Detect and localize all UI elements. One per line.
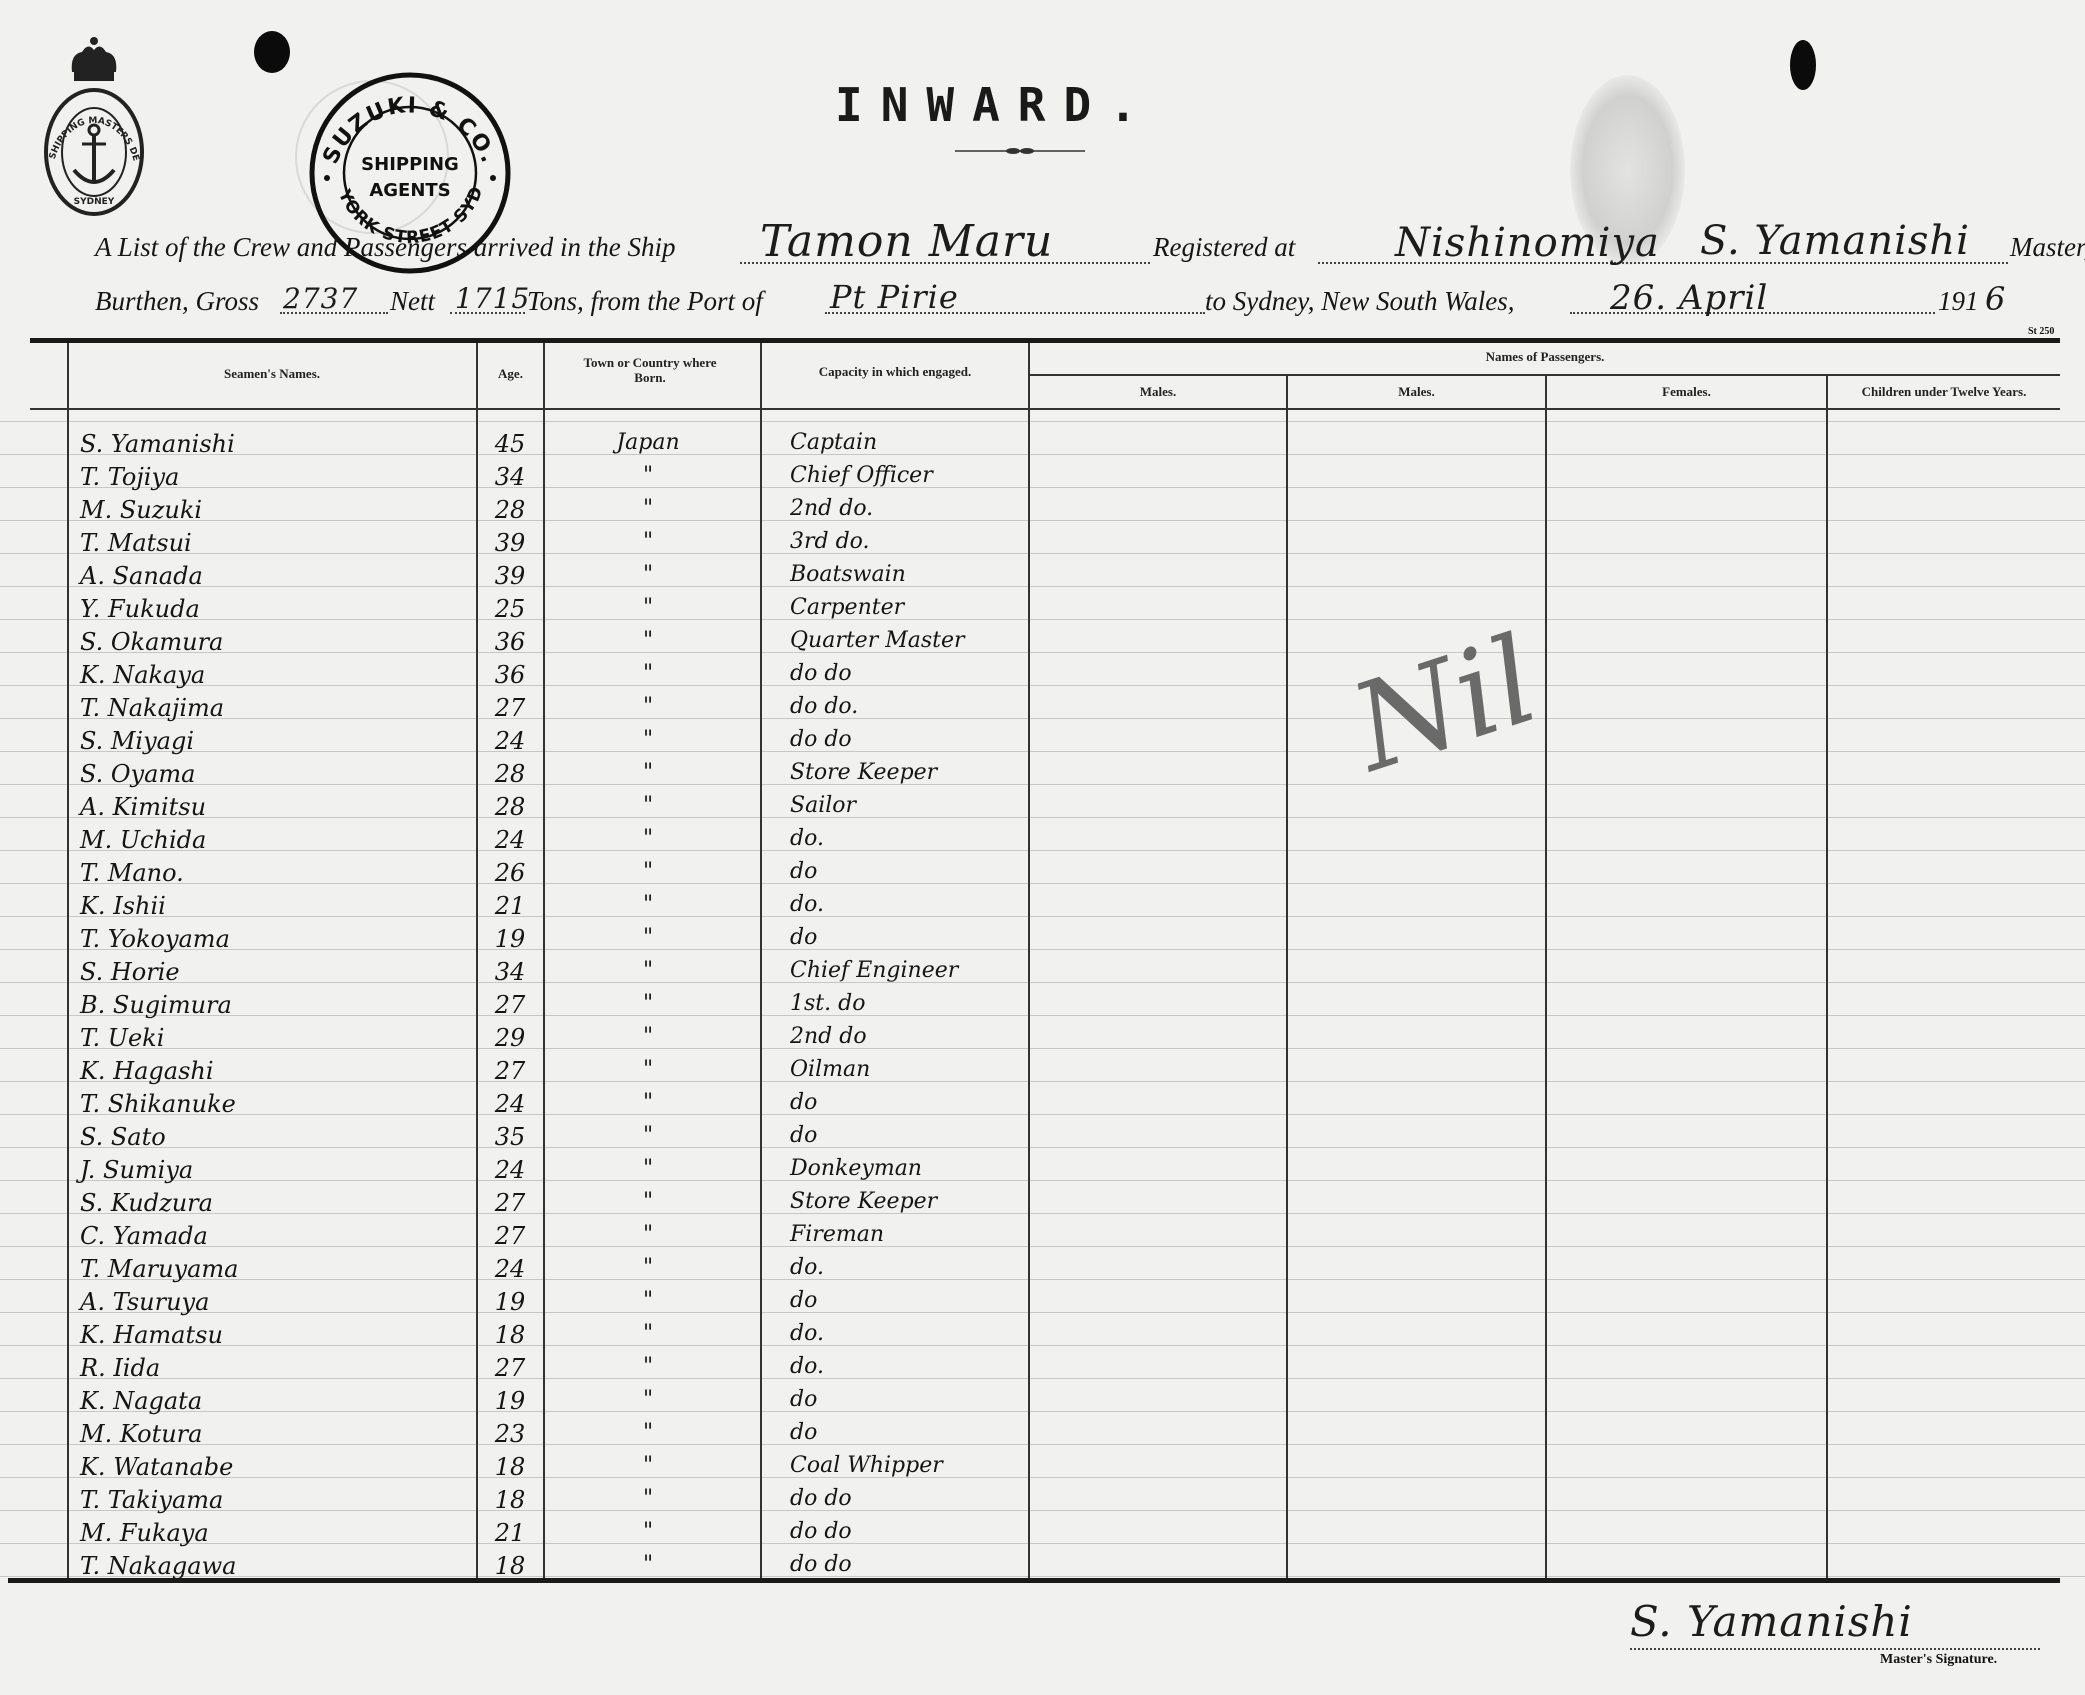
list-heading: A List of the Crew and Passengers arrive… [95,232,676,263]
col-divider [543,343,545,1578]
crew-age: 28 [480,496,540,524]
svg-text:SHIPPING: SHIPPING [361,154,459,175]
crew-born: " [548,1552,748,1577]
crew-name: A. Kimitsu [80,793,206,821]
crew-age: 36 [480,628,540,656]
crew-capacity: Store Keeper [790,1189,937,1214]
ruled-line [0,784,2085,785]
crew-born: " [548,1057,748,1082]
year-suffix-field: 6 [1985,280,2006,318]
registered-port-field: Nishinomiya [1395,220,1660,266]
crew-born: " [548,595,748,620]
crew-name: T. Shikanuke [80,1090,236,1118]
crew-capacity: do [790,1288,817,1313]
ruled-line [0,1213,2085,1214]
crew-born: " [548,628,748,653]
crew-name: S. Miyagi [80,727,194,755]
col-header-females: Females. [1547,384,1826,399]
crew-capacity: Chief Officer [790,463,933,488]
crew-capacity: do. [790,826,824,851]
gross-tons-field: 2737 [283,282,358,315]
crew-capacity: Coal Whipper [790,1453,943,1478]
ruled-line [0,685,2085,686]
crew-born: " [548,1189,748,1214]
crew-name: K. Hagashi [80,1057,214,1085]
crew-name: T. Mano. [80,859,184,887]
crew-capacity: Boatswain [790,562,906,587]
crew-name: M. Fukaya [80,1519,209,1547]
table-bottom-rule [8,1578,2060,1583]
page-title: INWARD. [835,78,1155,132]
crew-capacity: do do. [790,694,858,719]
ruled-line [0,1378,2085,1379]
crew-born: " [548,496,748,521]
crew-age: 34 [480,958,540,986]
col-header-age: Age. [478,366,543,381]
crew-age: 26 [480,859,540,887]
crew-name: S. Yamanishi [80,430,235,458]
crew-name: A. Tsuruya [80,1288,209,1316]
ruled-line [0,883,2085,884]
ruled-line [0,619,2085,620]
crew-capacity: do. [790,1321,824,1346]
crew-age: 36 [480,661,540,689]
to-sydney-label: to Sydney, New South Wales, [1205,286,1514,317]
header-bottom-rule [30,408,2060,410]
crew-born: " [548,1354,748,1379]
col-header-males-2: Males. [1288,384,1545,399]
crew-age: 27 [480,1222,540,1250]
crew-age: 24 [480,826,540,854]
col-divider [1545,376,1547,1578]
crew-born: " [548,958,748,983]
ruled-line [0,949,2085,950]
crew-name: S. Okamura [80,628,223,656]
crew-age: 24 [480,727,540,755]
crew-capacity: 2nd do. [790,496,873,521]
crew-born: " [548,1288,748,1313]
crew-age: 27 [480,991,540,1019]
crew-age: 27 [480,1354,540,1382]
crew-age: 18 [480,1552,540,1580]
crew-born: " [548,760,748,785]
crew-capacity: Sailor [790,793,856,818]
master-name-field: S. Yamanishi [1700,218,1970,264]
crew-born: " [548,1024,748,1049]
crew-age: 19 [480,1387,540,1415]
nett-label: Nett [390,286,435,317]
crew-born: " [548,1123,748,1148]
ruled-line [0,1015,2085,1016]
crew-name: A. Sanada [80,562,203,590]
crew-capacity: Donkeyman [790,1156,922,1181]
crew-capacity: Chief Engineer [790,958,958,983]
crew-capacity: do do [790,1486,852,1511]
crew-age: 18 [480,1486,540,1514]
crew-capacity: do. [790,1354,824,1379]
crew-name: M. Uchida [80,826,206,854]
crew-born: " [548,826,748,851]
crew-born: " [548,793,748,818]
crew-name: J. Sumiya [80,1156,193,1184]
ruled-line [0,1279,2085,1280]
crew-name: C. Yamada [80,1222,208,1250]
crew-capacity: do. [790,892,824,917]
crew-capacity: do. [790,1255,824,1280]
ruled-line [0,817,2085,818]
crew-born: " [548,1090,748,1115]
ruled-line [0,1312,2085,1313]
master-label: Master, [2010,232,2085,263]
ruled-line [0,1246,2085,1247]
crew-name: B. Sugimura [80,991,232,1019]
crew-age: 35 [480,1123,540,1151]
col-header-born: Town or Country where Born. [575,355,725,385]
crew-age: 29 [480,1024,540,1052]
crew-age: 28 [480,760,540,788]
crew-capacity: do [790,859,817,884]
crew-age: 18 [480,1321,540,1349]
punch-hole [1790,40,1816,90]
crew-born: " [548,991,748,1016]
crew-name: K. Nakaya [80,661,205,689]
crew-age: 39 [480,529,540,557]
crew-capacity: Captain [790,430,877,455]
ruled-line [0,1081,2085,1082]
ruled-line [0,1444,2085,1445]
burthen-label: Burthen, Gross [95,286,259,317]
arrival-date-field: 26. April [1610,278,1768,318]
title-flourish-icon [955,146,1085,156]
crew-age: 21 [480,892,540,920]
shipping-masters-emblem: SHIPPING MASTERS DEPARTMENT SYDNEY [32,32,157,217]
crew-born: " [548,529,748,554]
crew-age: 19 [480,1288,540,1316]
tons-from-port-label: Tons, from the Port of [527,286,763,317]
crew-age: 25 [480,595,540,623]
ruled-line [0,751,2085,752]
ruled-line [0,652,2085,653]
ruled-line [0,1147,2085,1148]
crew-born: " [548,1387,748,1412]
crew-capacity: 3rd do. [790,529,870,554]
col-header-males-1: Males. [1030,384,1286,399]
crew-capacity: do do [790,661,852,686]
crew-name: T. Takiyama [80,1486,223,1514]
crew-born: " [548,1486,748,1511]
punch-hole [254,31,290,73]
ruled-line [0,1543,2085,1544]
ruled-line [0,718,2085,719]
ruled-line [0,1345,2085,1346]
crew-born: " [548,1420,748,1445]
crew-born: " [548,1453,748,1478]
crew-name: Y. Fukuda [80,595,200,623]
crew-age: 45 [480,430,540,458]
crew-capacity: do [790,925,817,950]
crew-name: S. Kudzura [80,1189,213,1217]
crew-born: " [548,661,748,686]
crew-age: 27 [480,694,540,722]
crew-name: K. Hamatsu [80,1321,223,1349]
ruled-line [0,916,2085,917]
ruled-line [0,1510,2085,1511]
col-divider [1286,376,1288,1578]
crew-capacity: do [790,1090,817,1115]
crew-capacity: Store Keeper [790,760,937,785]
crew-capacity: Quarter Master [790,628,965,653]
crew-name: T. Tojiya [80,463,179,491]
crew-capacity: do [790,1420,817,1445]
crew-name: K. Ishii [80,892,166,920]
crew-name: T. Nakagawa [80,1552,236,1580]
ruled-line [0,982,2085,983]
crew-capacity: Carpenter [790,595,904,620]
table-top-rule [30,338,2060,343]
crew-age: 27 [480,1189,540,1217]
ruled-line [0,487,2085,488]
crew-capacity: do [790,1123,817,1148]
col-divider [67,343,69,1578]
col-header-names: Seamen's Names. [68,366,476,381]
crew-capacity: do do [790,1519,852,1544]
signature-label: Master's Signature. [1880,1652,1997,1668]
crew-born: " [548,562,748,587]
crew-age: 27 [480,1057,540,1085]
ruled-line [0,1180,2085,1181]
crew-age: 24 [480,1255,540,1283]
crew-born: " [548,727,748,752]
crew-born: " [548,859,748,884]
crew-age: 21 [480,1519,540,1547]
passengers-nil-note: Nil [1337,611,1553,799]
crew-name: T. Matsui [80,529,192,557]
crew-capacity: 1st. do [790,991,865,1016]
year-prefix: 191 [1938,286,1979,317]
crew-name: M. Suzuki [80,496,202,524]
ruled-line [0,1477,2085,1478]
crew-born: " [548,1321,748,1346]
crew-capacity: 2nd do [790,1024,867,1049]
ruled-line [0,586,2085,587]
col-divider [1028,343,1030,1578]
crew-age: 28 [480,793,540,821]
crew-age: 34 [480,463,540,491]
crew-capacity: do do [790,727,852,752]
ruled-line [0,1114,2085,1115]
ruled-line [0,421,2085,422]
ruled-line [0,1411,2085,1412]
crew-name: K. Watanabe [80,1453,233,1481]
crew-born: " [548,694,748,719]
crew-born: " [548,1156,748,1181]
crew-name: M. Kotura [80,1420,202,1448]
crew-born: " [548,1519,748,1544]
crew-capacity: Oilman [790,1057,870,1082]
ruled-line [0,454,2085,455]
crew-capacity: Fireman [790,1222,884,1247]
svg-text:AGENTS: AGENTS [369,180,450,201]
crew-name: K. Nagata [80,1387,202,1415]
crew-name: S. Sato [80,1123,166,1151]
svg-text:SYDNEY: SYDNEY [74,197,115,207]
crew-name: S. Horie [80,958,180,986]
from-port-field: Pt Pirie [830,278,959,316]
col-header-children: Children under Twelve Years. [1828,384,2060,399]
crew-born: " [548,892,748,917]
crew-name: T. Ueki [80,1024,164,1052]
crew-name: T. Yokoyama [80,925,230,953]
col-header-capacity: Capacity in which engaged. [762,364,1028,379]
ship-name-field: Tamon Maru [760,216,1053,267]
crew-age: 23 [480,1420,540,1448]
crown-anchor-emblem-icon: SHIPPING MASTERS DEPARTMENT SYDNEY [32,32,157,217]
master-signature: S. Yamanishi [1630,1597,1913,1646]
col-header-passengers: Names of Passengers. [1030,349,2060,364]
crew-born: " [548,925,748,950]
crew-age: 24 [480,1090,540,1118]
registered-label: Registered at [1153,232,1295,263]
crew-name: T. Maruyama [80,1255,238,1283]
crew-capacity: do [790,1387,817,1412]
crew-name: R. Iida [80,1354,160,1382]
crew-born: Japan [548,430,748,455]
ruled-line [0,520,2085,521]
crew-born: " [548,1222,748,1247]
crew-age: 19 [480,925,540,953]
signature-line [1630,1648,2040,1650]
crew-born: " [548,1255,748,1280]
ruled-line [0,1048,2085,1049]
nett-tons-field: 1715 [455,282,530,315]
crew-age: 18 [480,1453,540,1481]
crew-name: S. Oyama [80,760,195,788]
crew-born: " [548,463,748,488]
col-divider [476,343,478,1578]
ruled-line [0,553,2085,554]
ruled-line [0,850,2085,851]
crew-age: 24 [480,1156,540,1184]
crew-age: 39 [480,562,540,590]
col-divider [760,343,762,1578]
crew-name: T. Nakajima [80,694,224,722]
crew-capacity: do do [790,1552,852,1577]
form-code: St 250 [2028,326,2054,337]
ruled-line [0,1576,2085,1577]
col-divider [1826,376,1828,1578]
